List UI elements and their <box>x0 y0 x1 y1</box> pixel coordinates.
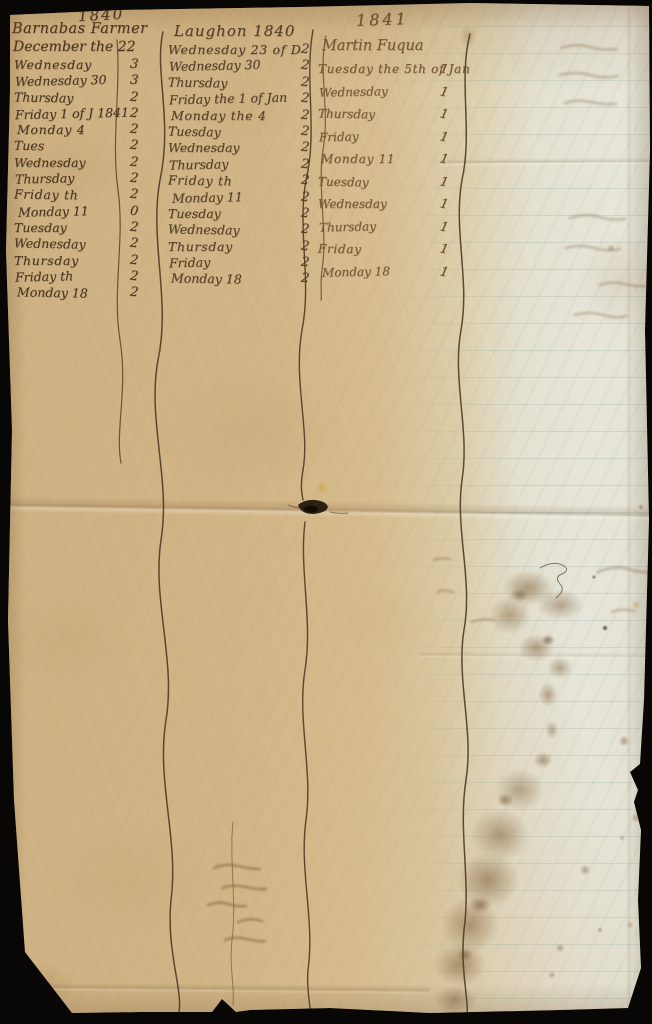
day-label: Wednesday <box>168 140 240 155</box>
day-label: Wednesday 23 of D <box>168 42 302 57</box>
day-label: Wednesday <box>319 84 388 100</box>
table-row: Tuesday1 <box>318 175 464 198</box>
table-row: Tuesday the 5th of Jan1 <box>318 62 464 85</box>
day-label: Wednesday <box>14 57 92 72</box>
day-label: Friday <box>318 242 362 257</box>
day-label: Wednesday 30 <box>169 57 261 74</box>
table-row: Friday1 <box>318 130 464 153</box>
tally-count: 2 <box>300 189 310 205</box>
table-row: Friday th2 <box>14 269 166 285</box>
table-row: Friday th2 <box>168 173 320 189</box>
table-row: Monday 110 <box>14 204 166 220</box>
table-row: Wednesday1 <box>318 85 464 108</box>
day-label: Thursday <box>318 107 375 122</box>
paper-hole <box>298 500 328 514</box>
day-label: Monday the 4 <box>171 108 267 123</box>
tally-count: 2 <box>300 238 310 254</box>
table-row: Friday1 <box>318 242 464 265</box>
day-label: Monday 18 <box>17 285 88 301</box>
table-row: Tuesday2 <box>168 124 320 140</box>
tally-count: 2 <box>129 236 139 252</box>
table-row: Friday th2 <box>14 187 166 203</box>
day-label: Monday 11 <box>172 189 243 206</box>
table-row: Monday 112 <box>168 190 320 206</box>
day-label: Thursday <box>319 219 376 234</box>
table-row: Wednesday2 <box>168 222 320 238</box>
table-row: Wednesday 303 <box>14 73 166 89</box>
tally-count: 2 <box>129 105 139 121</box>
tally-count: 2 <box>300 91 310 107</box>
day-label: Friday th <box>14 187 79 203</box>
table-row: Tues2 <box>14 138 166 154</box>
table-row: Wednesday 23 of D2 <box>168 42 320 58</box>
tally-count: 2 <box>300 42 310 58</box>
tally-count: 1 <box>439 241 450 257</box>
column-header: Barnabas Farmer <box>12 21 148 37</box>
column-divider-line <box>303 522 310 1014</box>
tally-count: 2 <box>300 124 310 140</box>
column-header: Laughon 1840 <box>174 22 295 40</box>
day-label: Wednesday <box>14 155 86 170</box>
day-label: Wednesday <box>318 197 387 211</box>
tally-count: 2 <box>300 140 310 156</box>
tally-count: 1 <box>439 129 450 145</box>
table-row: Monday 111 <box>318 152 464 175</box>
tally-count: 1 <box>439 151 450 167</box>
table-row: Friday2 <box>168 255 320 271</box>
paper-hole-core <box>304 506 318 513</box>
day-label: Friday <box>169 255 211 271</box>
tally-count: 2 <box>129 187 139 203</box>
tally-count: 2 <box>129 285 139 301</box>
day-label: Tuesday <box>168 123 221 139</box>
tally-count: 1 <box>439 174 450 190</box>
table-row: Thursday1 <box>318 220 464 243</box>
table-row: Thursday2 <box>168 75 320 91</box>
tally-count: 3 <box>129 73 139 89</box>
day-label: Monday 18 <box>322 264 390 280</box>
day-label: Tuesday <box>14 220 67 235</box>
day-label: Monday 11 <box>321 152 395 166</box>
tally-count: 2 <box>300 173 310 189</box>
table-row: Thursday2 <box>14 90 166 106</box>
tally-count: 1 <box>439 196 450 212</box>
day-label: Thursday <box>15 170 75 186</box>
table-row: Thursday1 <box>318 107 464 130</box>
day-label: Tuesday <box>318 174 369 189</box>
day-label: Friday the 1 of Jan <box>169 90 287 108</box>
manuscript-page: 1840 Barnabas Farmer December the 22 Wed… <box>0 0 652 1024</box>
table-row: Thursday2 <box>14 253 166 269</box>
day-label: Friday th <box>168 173 233 189</box>
day-label: Friday 1 of J 1841 <box>15 105 129 123</box>
table-row: Friday the 1 of Jan2 <box>168 91 320 107</box>
day-label: Monday 4 <box>17 122 85 137</box>
day-label: Wednesday <box>168 222 240 238</box>
fold-crease-bottom <box>0 982 430 995</box>
fold-crease-center <box>0 496 652 522</box>
table-row: Monday 181 <box>318 265 464 288</box>
day-label: Thursday <box>168 74 228 90</box>
tally-count: 1 <box>439 264 450 280</box>
day-label: Wednesday 30 <box>15 72 107 89</box>
column-header: Martin Fuqua <box>322 38 424 54</box>
day-label: Monday 18 <box>171 271 242 287</box>
table-row: Monday 42 <box>14 122 166 138</box>
day-label: Tuesday <box>168 206 221 221</box>
day-label: Friday <box>319 129 359 144</box>
day-label: Tues <box>14 138 44 154</box>
tally-count: 2 <box>129 252 139 268</box>
tally-count: 0 <box>129 203 139 219</box>
table-row: Thursday2 <box>14 171 166 187</box>
table-row: Wednesday3 <box>14 57 166 73</box>
tally-count: 2 <box>300 156 310 172</box>
tally-count: 3 <box>129 57 139 73</box>
tally-count: 2 <box>300 74 310 90</box>
table-row: Wednesday2 <box>168 140 320 156</box>
fold-crease-upper-right <box>440 157 652 167</box>
year-label: 1841 <box>356 9 409 30</box>
tally-count: 2 <box>300 58 310 74</box>
table-row: Wednesday 302 <box>168 58 320 74</box>
tally-rows: Tuesday the 5th of Jan1Wednesday1Thursda… <box>318 62 464 287</box>
tally-count: 2 <box>300 222 310 238</box>
crease-ink-mark <box>288 505 348 513</box>
fold-crease-lower-right <box>420 651 652 660</box>
tally-count: 1 <box>439 219 450 235</box>
tally-count: 2 <box>129 122 139 138</box>
bleed-through-writing <box>434 45 650 622</box>
tally-count: 2 <box>300 205 310 221</box>
table-row: Tuesday2 <box>168 206 320 222</box>
tally-rows: Wednesday3Wednesday 303Thursday2Friday 1… <box>14 57 166 301</box>
column-subheader: December the 22 <box>13 39 136 55</box>
day-label: Thursday <box>168 239 233 254</box>
tally-count: 2 <box>129 89 139 105</box>
day-label: Wednesday <box>14 236 86 252</box>
tally-count: 2 <box>129 220 139 236</box>
table-row: Wednesday2 <box>14 236 166 252</box>
table-row: Monday the 42 <box>168 108 320 124</box>
tally-count: 2 <box>300 107 310 123</box>
day-label: Friday th <box>15 268 74 284</box>
tally-count: 2 <box>129 171 139 187</box>
faint-divider-line <box>231 822 234 1005</box>
day-label: Thursday <box>14 89 74 105</box>
tally-count: 1 <box>439 106 450 122</box>
tally-count: 2 <box>129 138 139 154</box>
tally-count: 2 <box>129 268 139 284</box>
table-row: Thursday2 <box>168 157 320 173</box>
ink-squiggle-mark <box>540 563 567 598</box>
tally-count: 2 <box>129 154 139 170</box>
photograph-backdrop: 1840 Barnabas Farmer December the 22 Wed… <box>0 0 652 1024</box>
table-row: Thursday2 <box>168 239 320 255</box>
tally-rows: Wednesday 23 of D2Wednesday 302Thursday2… <box>168 42 320 288</box>
table-row: Wednesday2 <box>14 155 166 171</box>
day-label: Monday 11 <box>18 203 89 220</box>
table-row: Friday 1 of J 18412 <box>14 106 166 122</box>
day-label: Thursday <box>14 253 79 268</box>
table-row: Tuesday2 <box>14 220 166 236</box>
tally-count: 2 <box>300 271 310 287</box>
bleed-through-writing-bottom <box>208 865 266 941</box>
tally-count: 2 <box>300 255 310 271</box>
table-row: Monday 182 <box>14 285 166 301</box>
day-label: Thursday <box>169 156 229 172</box>
table-row: Monday 182 <box>168 271 320 287</box>
vertical-fold-crease <box>626 0 635 1024</box>
tally-count: 1 <box>439 84 450 100</box>
table-row: Wednesday1 <box>318 197 464 220</box>
